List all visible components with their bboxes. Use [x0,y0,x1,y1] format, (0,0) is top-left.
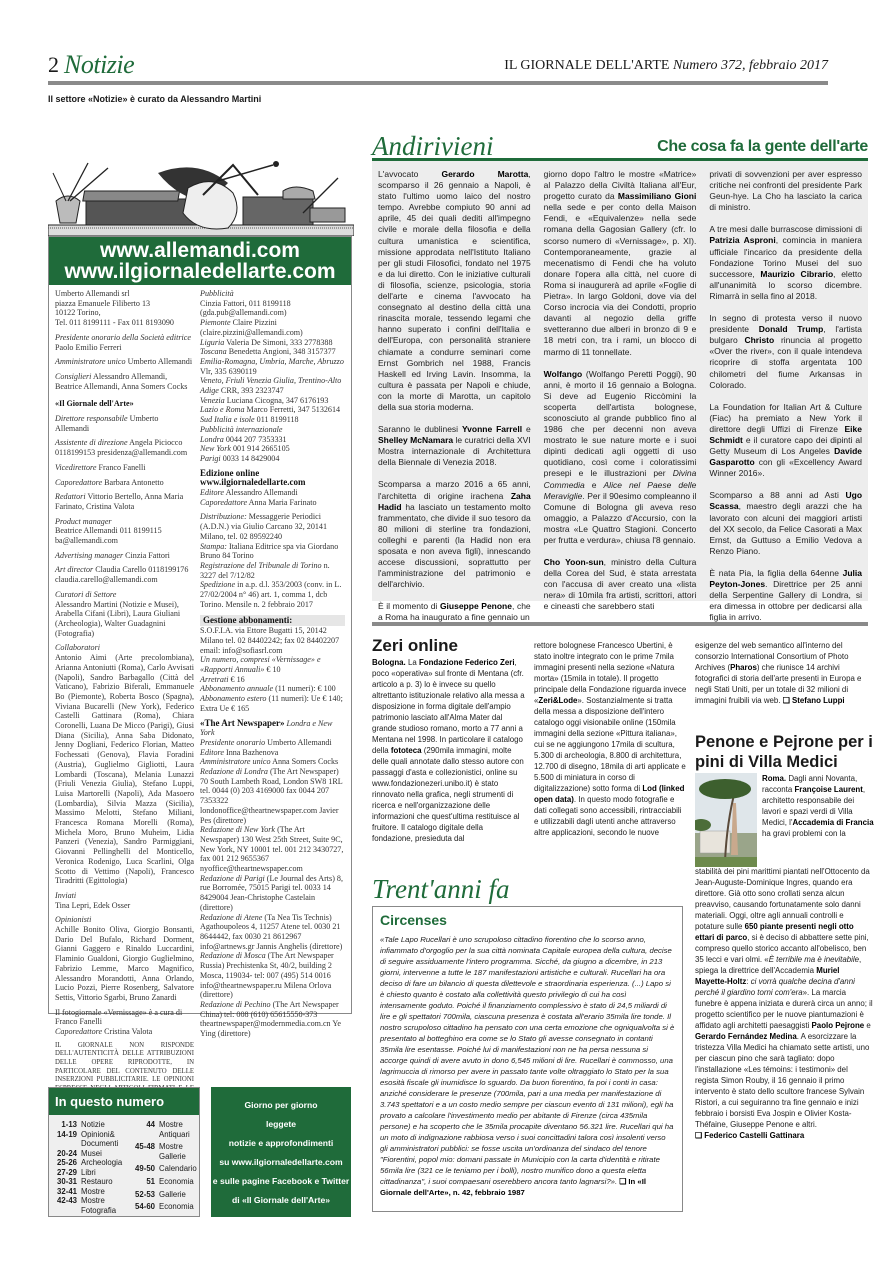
engraving-illustration [48,143,354,236]
colophon-box: www.allemandi.com www.ilgiornaledellarte… [48,236,352,1014]
contents-item[interactable]: Opinioni& Documenti [81,1130,131,1149]
contents-item[interactable]: Economia [159,1177,197,1190]
villa-medici-pine-photo [695,773,757,867]
news-item: È il momento di Giuseppe Penone, che a R… [378,601,531,623]
curated-by-note: Il settore «Notizie» è curato da Alessan… [48,94,261,104]
header-divider [48,81,828,85]
news-item: Saranno le dublinesi Yvonne Farrell e Sh… [378,424,531,468]
circenses-source: In «Il Giornale dell'Arte», n. 42, febbr… [380,1177,646,1197]
online-edition: Edizione online www.ilgiornaledellarte.c… [200,469,345,508]
contents-item[interactable]: Mostre [81,1187,131,1197]
zeri-column-2: rettore bolognese Francesco Ubertini, è … [534,640,687,838]
credit-product-manager: Product managerBeatrice Allemandi 011 81… [55,517,194,546]
publication-name: IL GIORNALE DELL'ARTE [504,58,669,73]
andirivieni-box: L'avvocato Gerardo Marotta, scomparso il… [372,161,868,601]
news-item: giorno dopo l'altro le mostre «Matrice» … [544,169,697,358]
andirivieni-column-3: privati di sovvenzioni per aver espresso… [709,169,862,601]
penone-intro: Roma. Dagli anni Novanta, racconta Franç… [762,773,874,839]
credit-sole-administrator: Amministratore unico Umberto Allemandi [55,357,194,367]
credit-section-curators: Curatori di SettoreAlessandro Martini (N… [55,590,194,639]
subscriptions-heading: Gestione abbonamenti: [200,615,345,627]
contents-item[interactable]: Libri [81,1168,131,1178]
online-url[interactable]: www.ilgiornaledellarte.com [200,477,305,487]
contents-right: 44Mostre Antiquari 45-48Mostre Gallerie … [131,1120,195,1215]
contents-item[interactable]: Economia [159,1202,197,1215]
in-this-issue-title: In questo numero [49,1088,199,1115]
credit-board: Consiglieri Alessandro Allemandi, Beatri… [55,372,194,391]
andirivieni-column-2: giorno dopo l'altro le mostre «Matrice» … [544,169,697,601]
penone-body: stabilità dei pini marittimi piantati ne… [695,866,873,1141]
advertising-section: Pubblicità Cinzia Fattori, 011 8199118 (… [200,289,345,464]
subscriptions-info: S.O.F.I.A. via Ettore Bugatti 15, 20142 … [200,626,345,713]
zeri-column-1: Bologna. La Fondazione Federico Zeri, po… [372,657,525,844]
news-item: L'avvocato Gerardo Marotta, scomparso il… [378,169,531,413]
news-item: Scomparsa a marzo 2016 a 65 anni, l'arch… [378,479,531,590]
contents-item[interactable]: Mostre Gallerie [159,1142,197,1164]
penone-headline: Penone e Pejrone per i pini di Villa Med… [695,732,875,772]
zeri-column-3: esigenze del web semantico all'interno d… [695,640,870,706]
news-item: Scomparso a 88 anni ad Asti Ugo Scassa, … [709,490,862,557]
credit-columnists: OpinionistiAchille Bonito Oliva, Giorgio… [55,915,194,1002]
contents-left: 1-13Notizie 14-19Opinioni& Documenti 20-… [53,1120,131,1215]
issue-info: Numero 372, febbraio 2017 [673,58,828,73]
trent-anni-title: Trent'anni fa [372,874,510,905]
credit-assistant: Assistente di direzione Angela Piciocco … [55,438,194,457]
page-number: 2 [48,52,59,78]
circenses-body: «Tale Lapo Rucellari è uno scrupoloso ci… [380,934,675,1198]
contents-item[interactable]: Gallerie [159,1190,197,1203]
credit-vice-director: Vicedirettore Franco Fanelli [55,463,194,473]
allemandi-url[interactable]: www.allemandi.com [49,240,351,261]
contents-item[interactable]: Mostre Fotografia [81,1196,131,1215]
credit-honorary-president: Presidente onorario della Società editri… [55,333,194,352]
in-this-issue-box: In questo numero 1-13Notizie 14-19Opinio… [48,1087,200,1217]
contents-item[interactable]: Mostre Antiquari [159,1120,197,1142]
zeri-headline: Zeri online [372,636,458,656]
giornale-heading: «Il Giornale dell'Arte» [55,399,194,409]
credit-correspondents: InviatiTina Lepri, Edek Osser [55,891,194,910]
andirivieni-column-1: L'avvocato Gerardo Marotta, scomparso il… [378,169,531,601]
contents-item[interactable]: Archeologia [81,1158,131,1168]
section-divider [372,622,868,626]
colophon-columns: Umberto Allemandi srl piazza Emanuele Fi… [49,285,351,1124]
news-item: In segno di protesta verso il nuovo pres… [709,313,862,391]
contents-item[interactable]: Calendario [159,1164,197,1177]
colophon-right-column: Pubblicità Cinzia Fattori, 011 8199118 (… [200,289,345,1124]
web-banner: www.allemandi.com www.ilgiornaledellarte… [49,237,351,285]
contents-item[interactable]: Notizie [81,1120,131,1130]
news-item: È nata Pia, la figlia della 64enne Julia… [709,568,862,623]
credit-advertising-manager: Advertising manager Cinzia Fattori [55,551,194,561]
contents-item[interactable]: Musei [81,1149,131,1159]
news-item: Wolfango (Wolfango Peretti Poggi), 90 an… [544,369,697,547]
credit-editors: Redattori Vittorio Bertello, Anna Maria … [55,492,194,511]
news-item: Cho Yoon-sun, ministro della Cultura del… [544,557,697,612]
credit-director: Direttore responsabile Umberto Allemandi [55,414,194,433]
publication-masthead: IL GIORNALE DELL'ARTE Numero 372, febbra… [504,58,828,74]
online-promo-box: Giorno per giorno leggete notizie e appr… [211,1087,351,1217]
art-newspaper-info: «The Art Newspaper» Londra e New York Pr… [200,719,345,1039]
zeri-byline: Stefano Luppi [792,696,845,705]
distribution-info: Distribuzione: Messaggerie Periodici (A.… [200,512,345,609]
colophon-left-column: Umberto Allemandi srl piazza Emanuele Fi… [55,289,200,1124]
credit-contributors: CollaboratoriAntonio Aimi (Arte precolom… [55,643,194,886]
news-item: A tre mesi dalle burrascose dimissioni d… [709,224,862,302]
section-title: Notizie [64,50,134,80]
news-item: privati di sovvenzioni per aver espresso… [709,169,862,213]
penone-byline: Federico Castelli Gattinara [704,1131,804,1140]
credit-vernissage: Il fotogiornale «Vernissage» è a cura di… [55,1008,194,1037]
promo-url[interactable]: su www.ilgiornaledellarte.com [211,1157,351,1167]
andirivieni-subtitle: Che cosa fa la gente dell'arte [657,138,868,156]
giornale-url[interactable]: www.ilgiornaledellarte.com [49,261,351,282]
issue-contents: 1-13Notizie 14-19Opinioni& Documenti 20-… [49,1115,199,1215]
contents-item[interactable]: Restauro [81,1177,131,1187]
circenses-headline: Circenses [380,912,675,928]
trent-anni-box: Circenses «Tale Lapo Rucellari è uno scr… [372,906,683,1212]
news-item: La Foundation for Italian Art & Culture … [709,402,862,480]
credit-art-director: Art director Claudia Carello 0118199176 … [55,565,194,584]
publisher-address: Umberto Allemandi srl piazza Emanuele Fi… [55,289,194,328]
credit-editor-in-chief: Caporedattore Barbara Antonetto [55,478,194,488]
